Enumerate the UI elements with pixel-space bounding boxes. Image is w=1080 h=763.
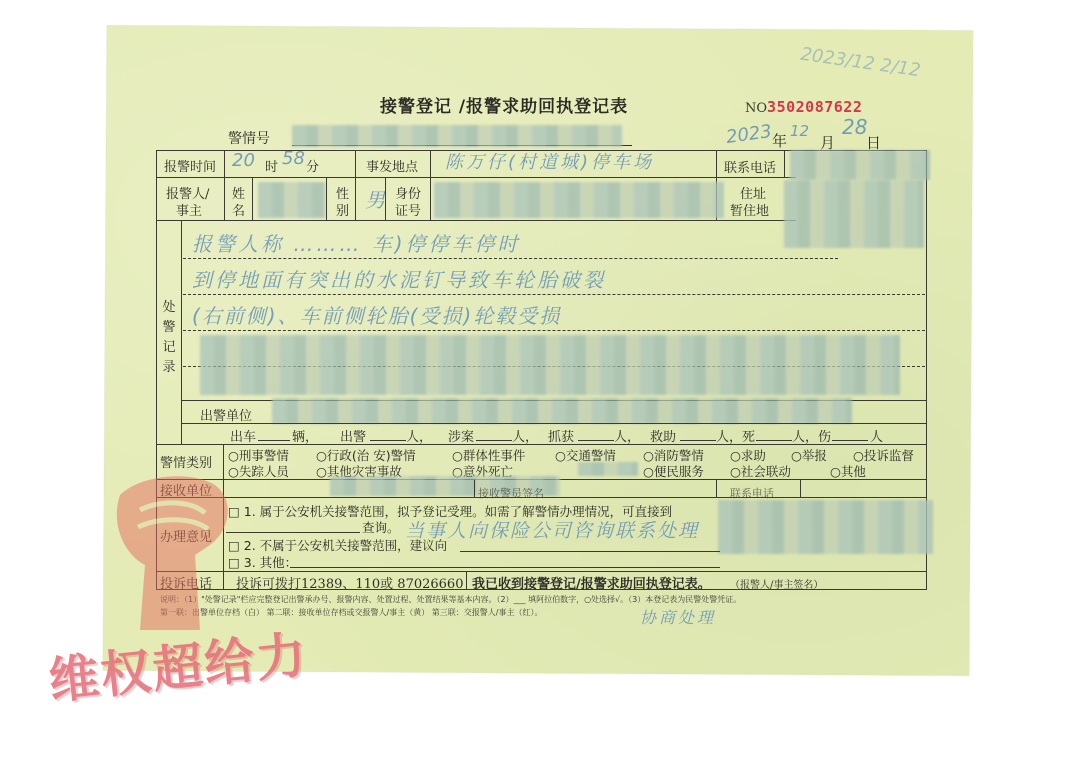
col-divider	[430, 150, 431, 220]
minute-label: 分	[306, 156, 319, 175]
serial-value: 3502087622	[767, 98, 862, 116]
blank-line	[756, 440, 792, 441]
redacted-name	[258, 182, 326, 218]
fist-logo-icon	[100, 455, 250, 635]
record-line-1-text: 报警人称 ……… 车)停停车停时	[192, 228, 521, 257]
record-label-char: 警	[162, 318, 176, 338]
complaint-phone-text: 投诉可拨打12389、110或 87026660	[236, 573, 463, 592]
date-day: 28	[842, 115, 867, 139]
blank-line	[832, 440, 868, 441]
record-line-2-text: 到停地面有突出的水泥钉导致车轮胎破裂	[192, 264, 606, 293]
col-divider	[252, 177, 253, 220]
rescued-label: 救助	[650, 426, 676, 445]
contact-phone-label: 联系电话	[724, 157, 776, 176]
arrested-unit: 人，	[614, 426, 640, 445]
blank-line	[476, 440, 512, 441]
col-divider	[326, 177, 327, 220]
officers-unit: 人，	[406, 426, 432, 445]
injured-unit: 人	[870, 426, 883, 445]
report-hour-value: 20	[232, 150, 255, 171]
col-divider	[800, 480, 801, 497]
blank-line	[578, 440, 614, 441]
col-divider	[355, 150, 356, 220]
col-divider	[716, 480, 717, 497]
col-divider	[474, 480, 475, 497]
officers-label: 出警	[340, 426, 366, 445]
category-social-linkage-radio[interactable]: ○社会联动	[730, 462, 791, 480]
year-label: 年	[772, 130, 787, 151]
record-line	[183, 330, 925, 331]
record-label-divider	[181, 220, 182, 445]
involved-unit: 人，	[512, 426, 538, 445]
gender-value: 男	[365, 184, 385, 213]
blank-line	[370, 440, 406, 441]
dead-unit: 人，	[792, 426, 818, 445]
incident-location-value: 陈万仔(村道城)停车场	[445, 148, 654, 174]
alarm-number-label: 警情号	[228, 128, 270, 148]
dead-label: 死	[742, 426, 755, 445]
report-time-label: 报警时间	[164, 156, 216, 175]
redacted-id-number	[434, 182, 724, 218]
watermark-text: 维权超给力	[45, 615, 311, 714]
receipt-confirmation-text: 我已收到接警登记/报警求助回执登记表。	[472, 573, 711, 592]
col-divider	[784, 150, 785, 177]
redacted-handling	[718, 500, 933, 554]
name-label-2: 名	[232, 200, 245, 219]
record-label-char: 录	[162, 358, 176, 378]
row-divider	[181, 423, 927, 424]
id-number-label-2: 证号	[395, 200, 421, 219]
dispatch-unit-label: 出警单位	[200, 405, 252, 424]
record-label-char: 处	[162, 298, 176, 318]
victim-label: 事主	[176, 200, 202, 219]
injured-label: 伤	[818, 426, 831, 445]
redacted-dispatch-unit	[272, 398, 852, 424]
blank-line	[290, 567, 720, 568]
redacted-record	[200, 335, 900, 395]
hour-label: 时	[265, 156, 278, 175]
row-divider	[156, 444, 927, 445]
involved-label: 涉案	[448, 426, 474, 445]
serial-number: NO3502087622	[745, 98, 862, 116]
row-divider	[156, 571, 927, 572]
row-divider	[156, 497, 927, 498]
arrested-label: 抓获	[548, 426, 574, 445]
col-divider	[385, 177, 386, 220]
blank-line	[680, 440, 716, 441]
serial-prefix: NO	[745, 101, 767, 116]
blank-line	[460, 551, 720, 552]
redacted-phone	[790, 150, 930, 180]
record-label-char: 记	[162, 338, 176, 358]
handling-option-2-value: 当事人向保险公司咨询联系处理	[405, 516, 699, 543]
handling-option-1-tail: 查询。	[362, 518, 400, 536]
record-line-3-text: (右前侧)、车前侧轮胎(受损)轮毂受损	[192, 300, 561, 329]
vehicles-unit: 辆，	[292, 426, 318, 445]
gender-label-2: 别	[336, 200, 349, 219]
col-divider	[466, 571, 467, 590]
row-divider	[156, 220, 796, 221]
receiver-sign-label: 接收警员签名	[478, 485, 544, 501]
redacted-alarm-number	[292, 125, 622, 147]
category-other-radio[interactable]: ○其他	[830, 462, 866, 480]
redacted-address	[784, 180, 924, 248]
receiver-phone-label: 联系电话	[730, 485, 774, 501]
temp-address-label: 暂住地	[730, 200, 769, 219]
vehicles-label: 出车	[230, 426, 256, 445]
blank-line	[258, 440, 290, 441]
incident-location-label: 事发地点	[366, 156, 418, 175]
redacted-category	[578, 462, 638, 476]
record-line	[183, 294, 925, 295]
handwritten-bottom-note: 协商处理	[640, 605, 716, 628]
record-line	[183, 258, 838, 259]
report-minute-value: 58	[282, 148, 305, 169]
rescued-unit: 人，	[716, 426, 742, 445]
receipt-sign-hint: （报警人/事主签名）	[730, 576, 823, 591]
category-report-radio[interactable]: ○举报	[791, 446, 827, 464]
form-title: 接警登记 /报警求助回执登记表	[380, 92, 628, 117]
category-convenience-service-radio[interactable]: ○便民服务	[643, 462, 704, 480]
date-month: 12	[790, 122, 809, 140]
col-divider	[224, 150, 225, 220]
